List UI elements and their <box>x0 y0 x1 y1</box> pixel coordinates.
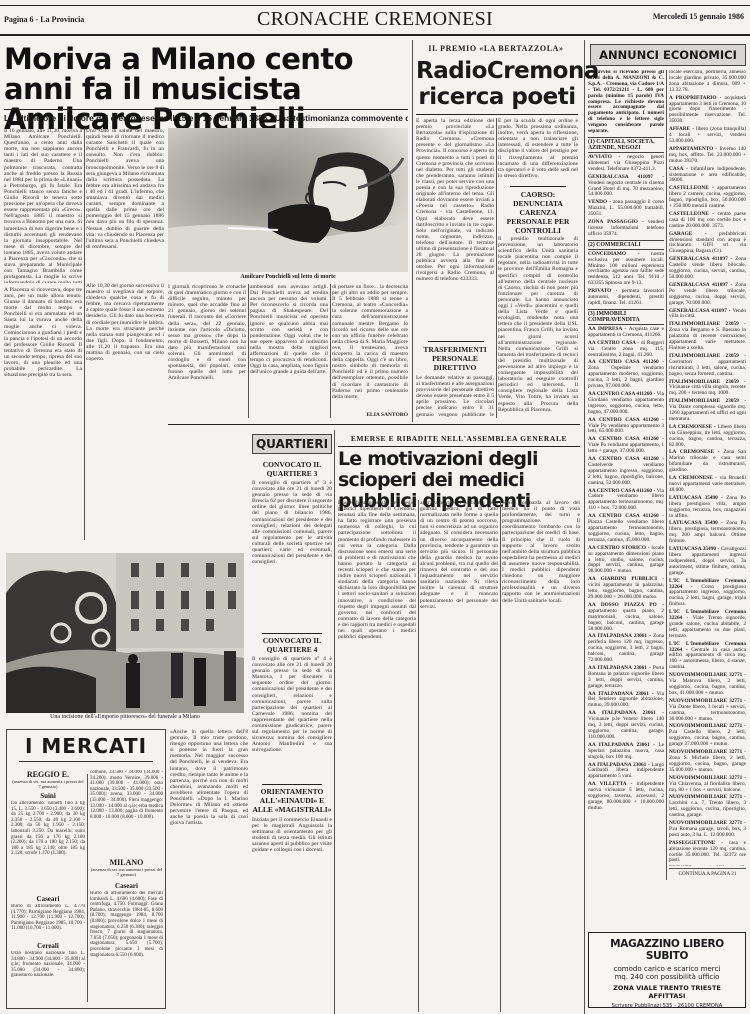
classified-ad[interactable]: CASTELLEONE - centro paese casa di 100 m… <box>669 212 746 230</box>
ad-text: Viale Po vendiamo appartamento, 1 letto … <box>588 442 664 454</box>
milano-caseari-title: Caseari <box>90 882 163 890</box>
reggio-title: REGGIO E. <box>11 770 85 779</box>
classified-ad[interactable]: AA CENTRO STORICO - locale su appartamen… <box>588 546 664 576</box>
classified-ad[interactable]: LATUACASA 35490 - Cavatigozzi libero app… <box>669 547 746 577</box>
funeral-engraving[interactable] <box>6 553 244 713</box>
lead-subhead: Le ultime ore di dolore del cremonese tr… <box>4 113 408 123</box>
classified-ad[interactable]: VENDO - zona passaggio il corso Mazzini,… <box>588 200 664 218</box>
classified-ad[interactable]: locale esercizio, portineria, annesso lo… <box>669 70 746 94</box>
ad-text: Castelverde vendiamo appartamento ingres… <box>588 462 664 486</box>
lead-col5: di portare un fiore... la decrescita per… <box>332 284 408 412</box>
classified-ad[interactable]: L'IC L'Immobiliare Cremona 32264 - Viale… <box>669 610 746 640</box>
classified-ad[interactable]: GENERALCASA 411097 - Vendo villa in citt… <box>669 309 746 321</box>
caorso-headline[interactable]: CAORSO: DENUNCIATA CARENZA PERSONALE PER… <box>498 190 578 235</box>
classified-ad[interactable]: AA CENTRO CASA - di Ruggeri via Centro z… <box>588 341 664 359</box>
lead-col1b: A Piacenza si ricoverava, dopo tre anni,… <box>4 287 82 542</box>
quartieri-title: QUARTIERI <box>252 434 332 454</box>
classified-ad[interactable]: PRIVATO - permuta lavoratori autonomi, d… <box>588 289 664 307</box>
classified-ad[interactable]: CASTELLEONE - appartamento libero 2 came… <box>669 186 746 210</box>
quartiere4-body: Il consiglio di quartiere n° 4 è convoca… <box>252 656 332 776</box>
classified-ad[interactable]: AA CENTRO CASA 411260 - Via Cadore vendi… <box>588 489 664 513</box>
cereali-prices-cont: comune, 33.500 - 34.000 (34.000 - 34.200… <box>90 770 163 848</box>
col-divider <box>666 70 667 880</box>
annunci-col1: Gli avvisi si ricevono presso gli uffici… <box>588 70 664 878</box>
radio-col2: È per la scuola di ogni ordine e grado. … <box>498 118 578 178</box>
continued-notice[interactable]: CONTINUA A PAGINA 21 <box>669 868 746 877</box>
col-divider <box>248 284 249 418</box>
reggio-caseari-prices: Burro di affioramento L. 4.770 (4.770); … <box>11 904 85 940</box>
lead-col2: Uno stato di salute del maestro, quindi … <box>86 128 164 278</box>
milano-caseari-prices: Burro di affioramento dei mercati lombar… <box>90 891 163 981</box>
col-divider <box>500 500 501 1012</box>
classified-ad[interactable]: AA GIARDINI PUBBLICI - vicini appartamen… <box>588 577 664 601</box>
classified-ad[interactable]: NUOVOIMMOBILIARE 32771 - Via Mantova lib… <box>669 673 746 697</box>
section-title: CRONACHE CREMONESI <box>0 8 750 31</box>
mercati-col2: comune, 33.500 - 34.000 (34.000 - 34.200… <box>90 770 163 981</box>
rule <box>262 784 322 785</box>
quartiere4-headline[interactable]: CONVOCATO IL QUARTIERE 4 <box>252 636 332 654</box>
classified-ad[interactable]: NUOVOIMMOBILIARE 32771 - P.za Castello l… <box>669 724 746 748</box>
classified-ad[interactable]: AA CENTRO CASA 411260 - Castelverde vend… <box>588 457 664 487</box>
medici-col2: aggravamento del problema della guardia … <box>420 500 498 1012</box>
classified-ad[interactable]: LATUACASA 35490 - Zona Po libera prestig… <box>669 496 746 520</box>
trasferimenti-headline[interactable]: TRASFERIMENTI PERSONALE DIRETTIVO <box>416 345 494 372</box>
magazzino-ad[interactable]: MAGAZZINO LIBERO SUBITO comodo carico e … <box>588 932 746 1008</box>
rule <box>338 446 580 447</box>
radio-headline[interactable]: RadioCremona ricerca poeti <box>416 58 578 110</box>
issue-date: Mercoledì 15 gennaio 1986 <box>653 12 744 21</box>
ad-text: Costruttori appartamenti ristrutturati, … <box>669 359 746 377</box>
classified-ad[interactable]: AA CENTRO CASA 411260 - Zona Ospedale ve… <box>588 360 664 390</box>
classified-ad[interactable]: AA ITALPADANA 23061 - Le Sperlari palazz… <box>588 743 664 761</box>
col-divider <box>84 128 85 540</box>
ad-title: MAGAZZINO LIBERO SUBITO <box>589 938 745 962</box>
ad-text: P.za Castello libero, 2 letti, soggiorno… <box>669 729 746 747</box>
lead-continuation: «Anche in quella lettera dell'8 gennaio,… <box>170 729 248 1009</box>
rule <box>168 424 580 425</box>
lead-col2b: Alle 10,30 del giorno successivo il maes… <box>86 283 164 541</box>
classified-ad[interactable]: ITALIMMOBILIARE 23059 - Costruttori appa… <box>669 354 746 378</box>
mercati-reggio: REGGIO E. (assenza di set. ma aumenta i … <box>11 770 85 981</box>
classified-ad[interactable]: AVVIATO - negozio generi alimentari via … <box>588 155 664 173</box>
quartiere3-headline[interactable]: CONVOCATO IL QUARTIERE 3 <box>252 460 332 478</box>
lead-col3: I giornali ricoprirono le cronache di qu… <box>168 284 246 418</box>
classified-ad[interactable]: NUOVOIMMOBILIARE 32771 - Via Dante liber… <box>669 699 746 723</box>
annunci-col2-list: locale esercizio, portineria, annesso lo… <box>669 70 746 866</box>
col-divider <box>330 284 331 418</box>
orientamento-headline[interactable]: ORIENTAMENTO ALL'«EINAUDI» E ALLE «MAGIS… <box>252 787 332 814</box>
annunci-title: ANNUNCI ECONOMICI <box>590 44 746 66</box>
classified-ad[interactable]: AA IMPRESA - Acquista case e appartament… <box>588 327 664 339</box>
ad-text: Via Chiavenna, al fiordaliso libero, mq.… <box>669 781 746 793</box>
cereali-title: Cereali <box>11 942 85 950</box>
classified-ad[interactable]: LATUACASA 35490 - Zona Po libero, presti… <box>669 521 746 545</box>
classified-ad[interactable]: ZONA PASSAGGIO - vendesi licenze informa… <box>588 220 664 238</box>
classified-ad[interactable]: GENERALCASA 411097 - Zona Castello vende… <box>669 257 746 281</box>
classified-ad[interactable]: GENERALCASA 411097 - Zona Po vende liber… <box>669 283 746 307</box>
classified-ad[interactable]: L'IC L'Immobiliare Cremona 32264 - Corso… <box>669 579 746 609</box>
classified-ad[interactable]: AA CENTRO CASA 411260 - Viale Po vendiam… <box>588 437 664 455</box>
classified-ad[interactable]: L'IC L'Immobiliare Cremona 32264 - Centr… <box>669 642 746 672</box>
ad-category-header: (2) COMMERCIALI <box>588 240 664 250</box>
milano-title: MILANO <box>90 858 163 867</box>
ad-text: P.za Romana garage, tavoli, box, 3 posti… <box>669 826 746 838</box>
classified-ad[interactable]: CASA - bifamiliare indipendente, sistema… <box>669 167 746 185</box>
classified-ad[interactable]: A PROPRIETARIO - acquisterà appartamento… <box>669 96 746 126</box>
ad-line5: Scrivere Pubblinazi 535 - 26100 CREMONA <box>589 1003 745 1009</box>
ad-text: Vendesi negozio centrale in cinema Grand… <box>588 180 664 198</box>
ad-text: Zona S. Michele libero, 2 letti, soggior… <box>669 755 746 773</box>
ad-category-header: (1) CAPITALI, SOCIETÀ, AZIENDE, NEGOZI <box>588 137 664 153</box>
classified-ad[interactable]: LA CREMONESE - Libero libero via Giusepp… <box>669 425 746 449</box>
ad-line1: comodo carico e scarico merci <box>589 965 745 973</box>
medici-kicker: EMERSE E RIBADITE NELL'ASSEMBLEA GENERAL… <box>338 434 580 443</box>
suini-prices: Da allevamento: suinetti fino a kg 15, L… <box>11 801 85 893</box>
annunci-col2: locale esercizio, portineria, annesso lo… <box>669 70 746 866</box>
trasferimenti-body: Le domande relative ai passaggi, ai tras… <box>416 375 494 418</box>
classified-ad[interactable]: AA CENTRO CASA 411260 - Via Giordano ven… <box>588 392 664 416</box>
classified-ad[interactable]: NUOVOIMMOBILIARE 32771 - Zona S. Michele… <box>669 750 746 774</box>
subhead-rule <box>4 109 408 110</box>
classified-ad[interactable]: ITALIMMOBILIARE 23059 - Via Dante comple… <box>669 399 746 423</box>
portrait-illustration <box>168 128 408 272</box>
ad-category-header: (3) IMMOBILI COMPRAVENDITA <box>588 309 664 325</box>
ad-text: Viale Po vendiamo appartamento 3 letti, … <box>588 423 664 435</box>
classified-ad[interactable]: AA ITALPADANA 23061 - Via Bel Sentiero s… <box>588 692 664 710</box>
classified-ad[interactable]: LA CREMONESE - via Brunelli nuovi appart… <box>669 476 746 494</box>
classified-ad[interactable]: PASSEGGETTONE - casa e abitazione recent… <box>669 841 746 865</box>
classified-ad[interactable]: AA ITALPADANA 23061 - Zona periferia lib… <box>588 634 664 664</box>
radio-col1: È aperta la terza edizione del premio pr… <box>416 118 494 310</box>
masthead-rule <box>0 34 750 36</box>
classified-ad[interactable]: AA ITALPADANA 23061 - Largo Garibaldi li… <box>588 763 664 781</box>
ad-advertiser: PRIVATO - <box>669 865 701 866</box>
reggio-note: (assenza di set. ma aumenta i prezzi del… <box>11 779 85 789</box>
col-divider <box>584 40 585 1014</box>
classified-ad[interactable]: GARAGE - prefabbricati dimensioni standa… <box>669 232 746 256</box>
ad-text: locale esercizio, portineria, annesso lo… <box>669 70 746 93</box>
ad-text: Zona Ospedale vendiamo appartamento mode… <box>588 365 664 389</box>
funeral-illustration <box>6 553 244 713</box>
classified-ad[interactable]: AA CENTRO CASA 411260 - Piazza Castello … <box>588 514 664 544</box>
col-divider <box>412 40 413 422</box>
medici-col3: Sanità lombarda al lavoro del medico ha … <box>502 500 580 1012</box>
radio-kicker: IL PREMIO «LA BERTAZZOLA» <box>416 44 576 53</box>
classified-ad[interactable]: NUOVOIMMOBILIARE 32771 - Lacchini c.a. 7… <box>669 795 746 819</box>
lead-col4: ambientati non avevano artigli. Dal Ponc… <box>250 284 328 418</box>
classified-ad[interactable]: AA VILLETTA - indipendente nuova vicinan… <box>588 782 664 812</box>
classified-ad[interactable]: AFFARE - libero (zona tranquilla) 4 loca… <box>669 127 746 145</box>
classified-ad[interactable]: AA CENTRO CASA 411260 - Viale Po vendiam… <box>588 418 664 436</box>
classified-ad[interactable]: AA DOSSO PIAZZA PO - appartamento quarto… <box>588 603 664 633</box>
rule <box>416 114 578 115</box>
ad-line2: mq. 240 con possibilità ufficio <box>589 973 745 981</box>
rule <box>19 761 153 762</box>
cereali-prices: Orzo nostrano nazionale fino L. 34.800 -… <box>11 951 85 981</box>
suini-title: Suini <box>11 792 85 800</box>
mercati-title: I MERCATI <box>7 734 165 758</box>
classified-ad[interactable]: NUOVOIMMOBILIARE 32771 - P.za Romana gar… <box>669 821 746 839</box>
orientamento-body: Iniziata per il commercio Einaudi e per … <box>252 817 332 1012</box>
ad-text: Via Dante complesso signorile mq. 1260 a… <box>669 404 746 422</box>
ad-text: Vicinanze città villa singola, recente m… <box>669 384 746 396</box>
rule <box>262 633 322 634</box>
lead-col1: Il 16 gennaio, alle 11,20, moriva a Mila… <box>4 128 82 283</box>
ad-text: nostra esclusiva per assumere locali. Mi… <box>588 251 664 287</box>
annunci-col1-list: (1) CAPITALI, SOCIETÀ, AZIENDE, NEGOZIAV… <box>588 137 664 812</box>
ad-line3: ZONA VIALE TRENTO TRIESTE <box>589 984 745 992</box>
annunci-intro: Gli avvisi si ricevono presso gli uffici… <box>588 70 664 135</box>
portrait-caption: Amilcare Ponchielli sul letto di morte <box>168 274 408 280</box>
col-divider <box>87 774 88 1002</box>
ad-text: Vicinanze p.le Veneto libero 140 mq, 3 l… <box>588 716 664 740</box>
medici-col1: L'assemblea generale dei medici pubblici… <box>338 500 416 1012</box>
ad-text: Piazza Castello vendiamo libero appartam… <box>588 519 664 543</box>
col-divider <box>496 118 497 418</box>
caorso-body: Il presidio multizonale di prevenzione, … <box>498 236 578 418</box>
ad-text: Lacchini c.a. 7, Trento libero, 3 letti,… <box>669 800 746 818</box>
ad-text: Via Mantova libero, 2 letti, soggiorno, … <box>669 678 746 696</box>
classified-ad[interactable]: AA ITALPADANA 23061 - Porta Romana in pa… <box>588 666 664 690</box>
mercati-box: I MERCATI REGGIO E. (assenza di set. ma … <box>6 729 166 1009</box>
ad-text: Zona via Bergamo e S. Bassano in palazzi… <box>669 327 746 351</box>
caseari-title: Caseari <box>11 895 85 903</box>
classified-ad[interactable]: GENERALCASA 411097 - Vendesi negozio cen… <box>588 175 664 199</box>
classified-ad[interactable]: ITALIMMOBILIARE 23059 - Vicinanze città … <box>669 380 746 398</box>
classified-ad[interactable]: APPARTAMENTO - Inverno 140 mq, box, affi… <box>669 147 746 165</box>
classified-ad[interactable]: AA ITALPADANA 23061 - Vicinanze p.le Ven… <box>588 711 664 741</box>
quartiere3-body: Il consiglio di quartiere n° 3 è convoca… <box>252 480 332 600</box>
top-rule <box>0 5 750 6</box>
col-divider <box>334 430 335 1014</box>
rule <box>510 186 566 187</box>
ponchielli-deathbed-photo[interactable] <box>168 128 408 272</box>
ad-text: Via Dante libero, 3 locali + servizi, ca… <box>669 704 746 722</box>
funeral-caption: Una incisione dell'«Emporio pittoresco» … <box>6 714 244 720</box>
ad-line4: AFFITTASI <box>589 992 745 1000</box>
col-divider <box>418 500 419 1012</box>
classified-ad[interactable]: LA CREMONESE - Zona San Marino trilocale… <box>669 450 746 474</box>
classified-ad[interactable]: CONCEDIAMO - nostra esclusiva per assume… <box>588 252 664 287</box>
ad-text: appartamento quarto piano, 2 matrimonial… <box>588 608 664 632</box>
ad-text: vicini appartamento in palazzina, letto,… <box>588 582 664 600</box>
classified-ad[interactable]: NUOVOIMMOBILIARE 32771 - Via Chiavenna, … <box>669 776 746 794</box>
milano-note: (assenza di set. ma aumenta i prezzi del… <box>90 867 163 877</box>
byline: ELIA SANTORO <box>332 412 408 418</box>
classified-ad[interactable]: ITALIMMOBILIARE 23059 - Zona via Bergamo… <box>669 322 746 352</box>
rule <box>428 341 484 342</box>
